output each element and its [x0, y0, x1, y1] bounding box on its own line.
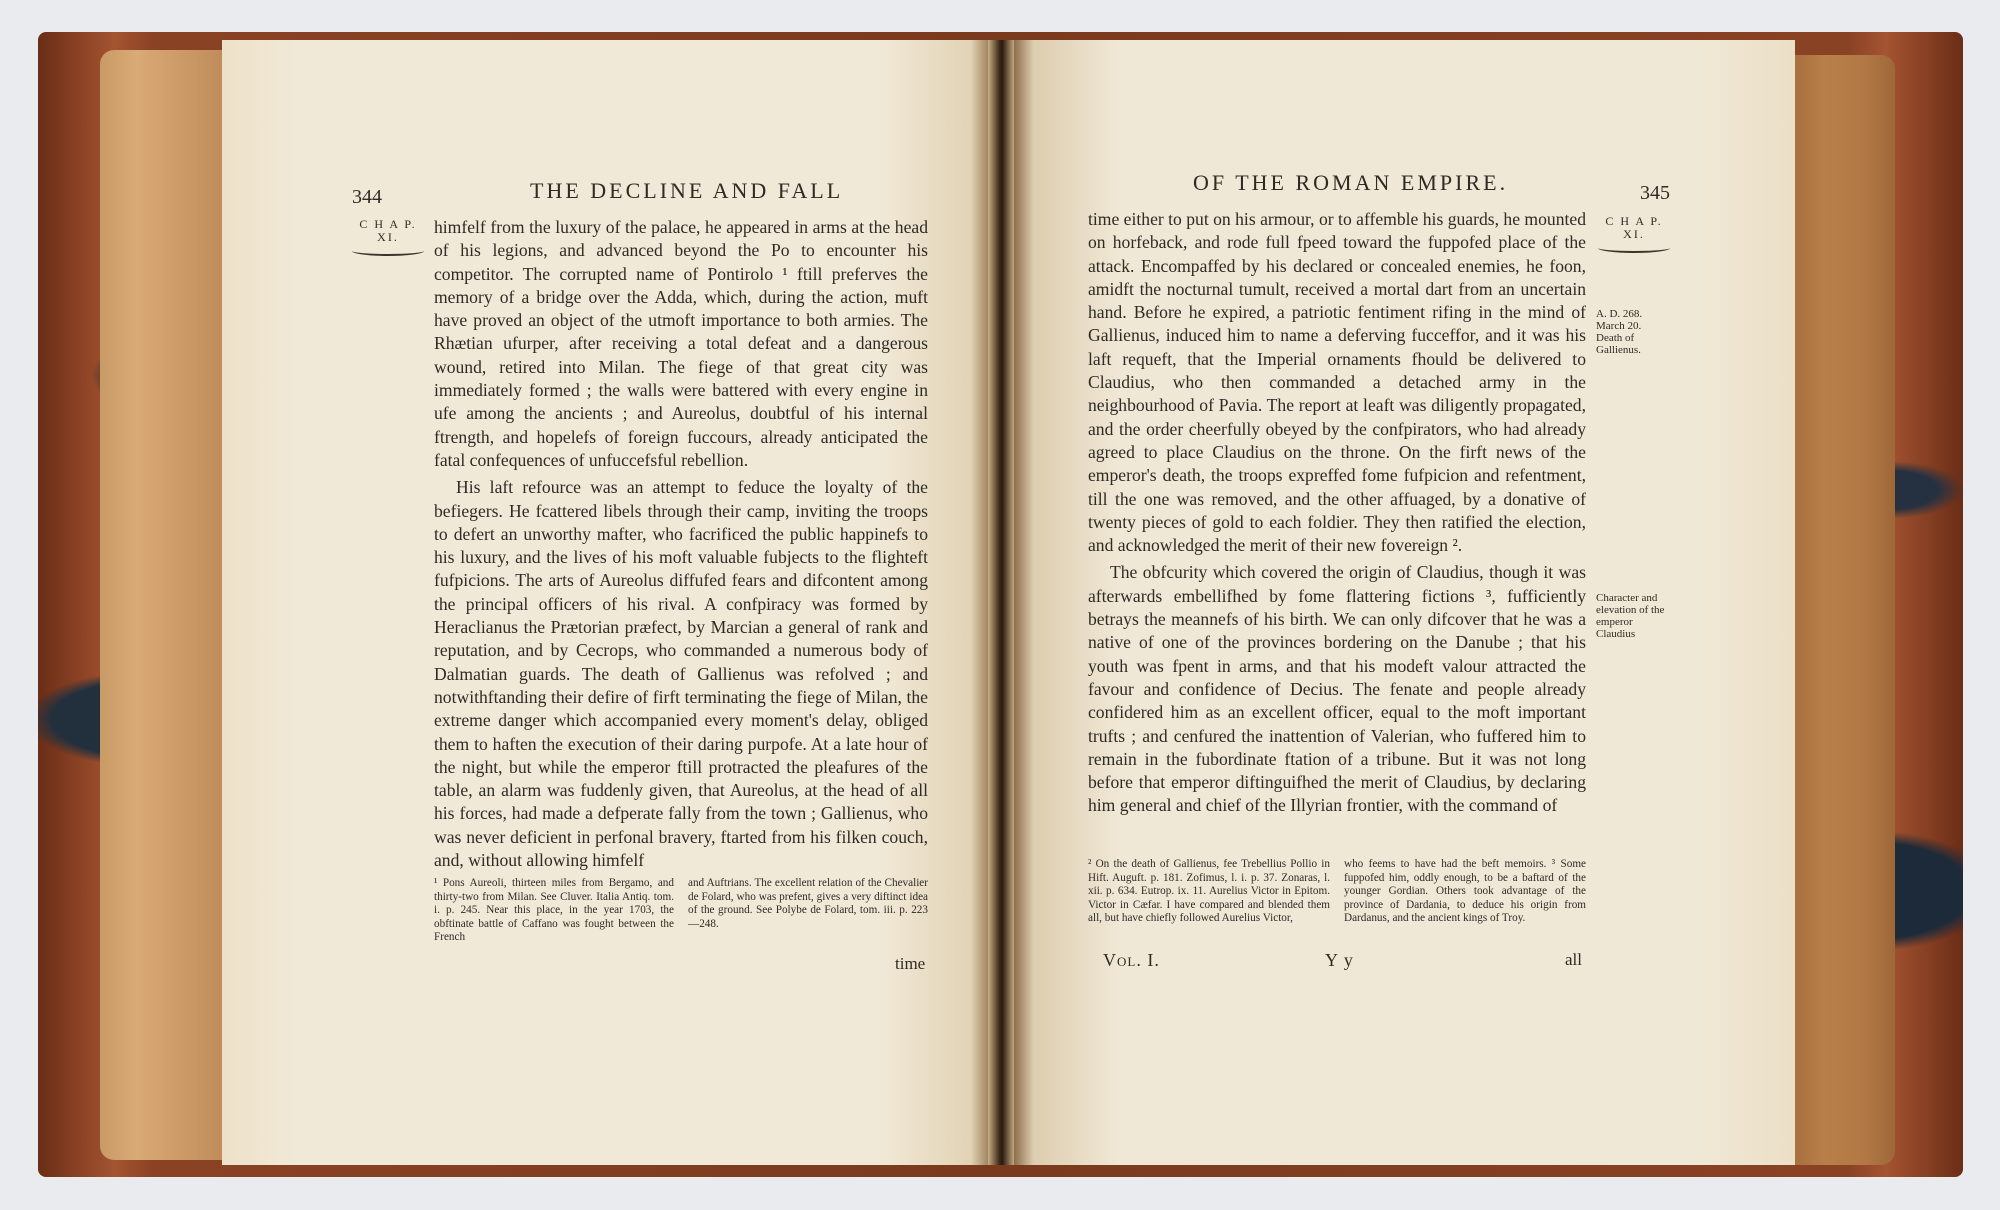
- brace-icon: [352, 246, 424, 256]
- paragraph: time either to put on his armour, or to …: [1088, 208, 1586, 557]
- right-running-head: OF THE ROMAN EMPIRE.: [1193, 170, 1508, 196]
- left-footnotes: ¹ Pons Aureoli, thirteen miles from Berg…: [434, 877, 928, 945]
- right-footnotes: ² On the death of Gallienus, fee Trebell…: [1088, 858, 1586, 926]
- left-page-number: 344: [352, 186, 382, 209]
- right-body-text: time either to put on his armour, or to …: [1088, 208, 1586, 818]
- footnote: ² On the death of Gallienus, fee Trebell…: [1088, 858, 1330, 926]
- footnote: who feems to have had the beft memoirs. …: [1344, 858, 1586, 926]
- footnote: ¹ Pons Aureoli, thirteen miles from Berg…: [434, 877, 674, 945]
- page-block-left-edge: [100, 50, 222, 1160]
- right-chapter-note: C H A P. XI.: [1598, 215, 1670, 253]
- volume-label: Vol. I.: [1103, 950, 1160, 971]
- paragraph: His laft refource was an attempt to fedu…: [434, 476, 928, 872]
- sidenote-claudius: Character and elevation of the emperor C…: [1596, 592, 1668, 640]
- right-page-number: 345: [1640, 182, 1670, 205]
- paragraph: The obfcurity which covered the origin o…: [1088, 561, 1586, 817]
- chapter-number: XI.: [377, 230, 399, 244]
- chapter-label: C H A P.: [1605, 214, 1662, 228]
- left-running-head: THE DECLINE AND FALL: [530, 178, 843, 204]
- signature-mark: Y y: [1325, 950, 1354, 971]
- book-gutter: [988, 40, 1014, 1165]
- sidenote-death-of-gallienus: A. D. 268. March 20. Death of Gallienus.: [1596, 308, 1660, 356]
- chapter-label: C H A P.: [359, 217, 416, 231]
- page-block-right-edge: [1795, 55, 1895, 1165]
- left-catchword: time: [895, 954, 925, 974]
- left-body-text: himfelf from the luxury of the palace, h…: [434, 216, 928, 872]
- right-catchword: all: [1565, 950, 1582, 970]
- chapter-number: XI.: [1623, 227, 1645, 241]
- paragraph: himfelf from the luxury of the palace, h…: [434, 216, 928, 472]
- left-chapter-note: C H A P. XI.: [352, 218, 424, 256]
- brace-icon: [1598, 243, 1670, 253]
- footnote: and Auftrians. The excellent relation of…: [688, 877, 928, 945]
